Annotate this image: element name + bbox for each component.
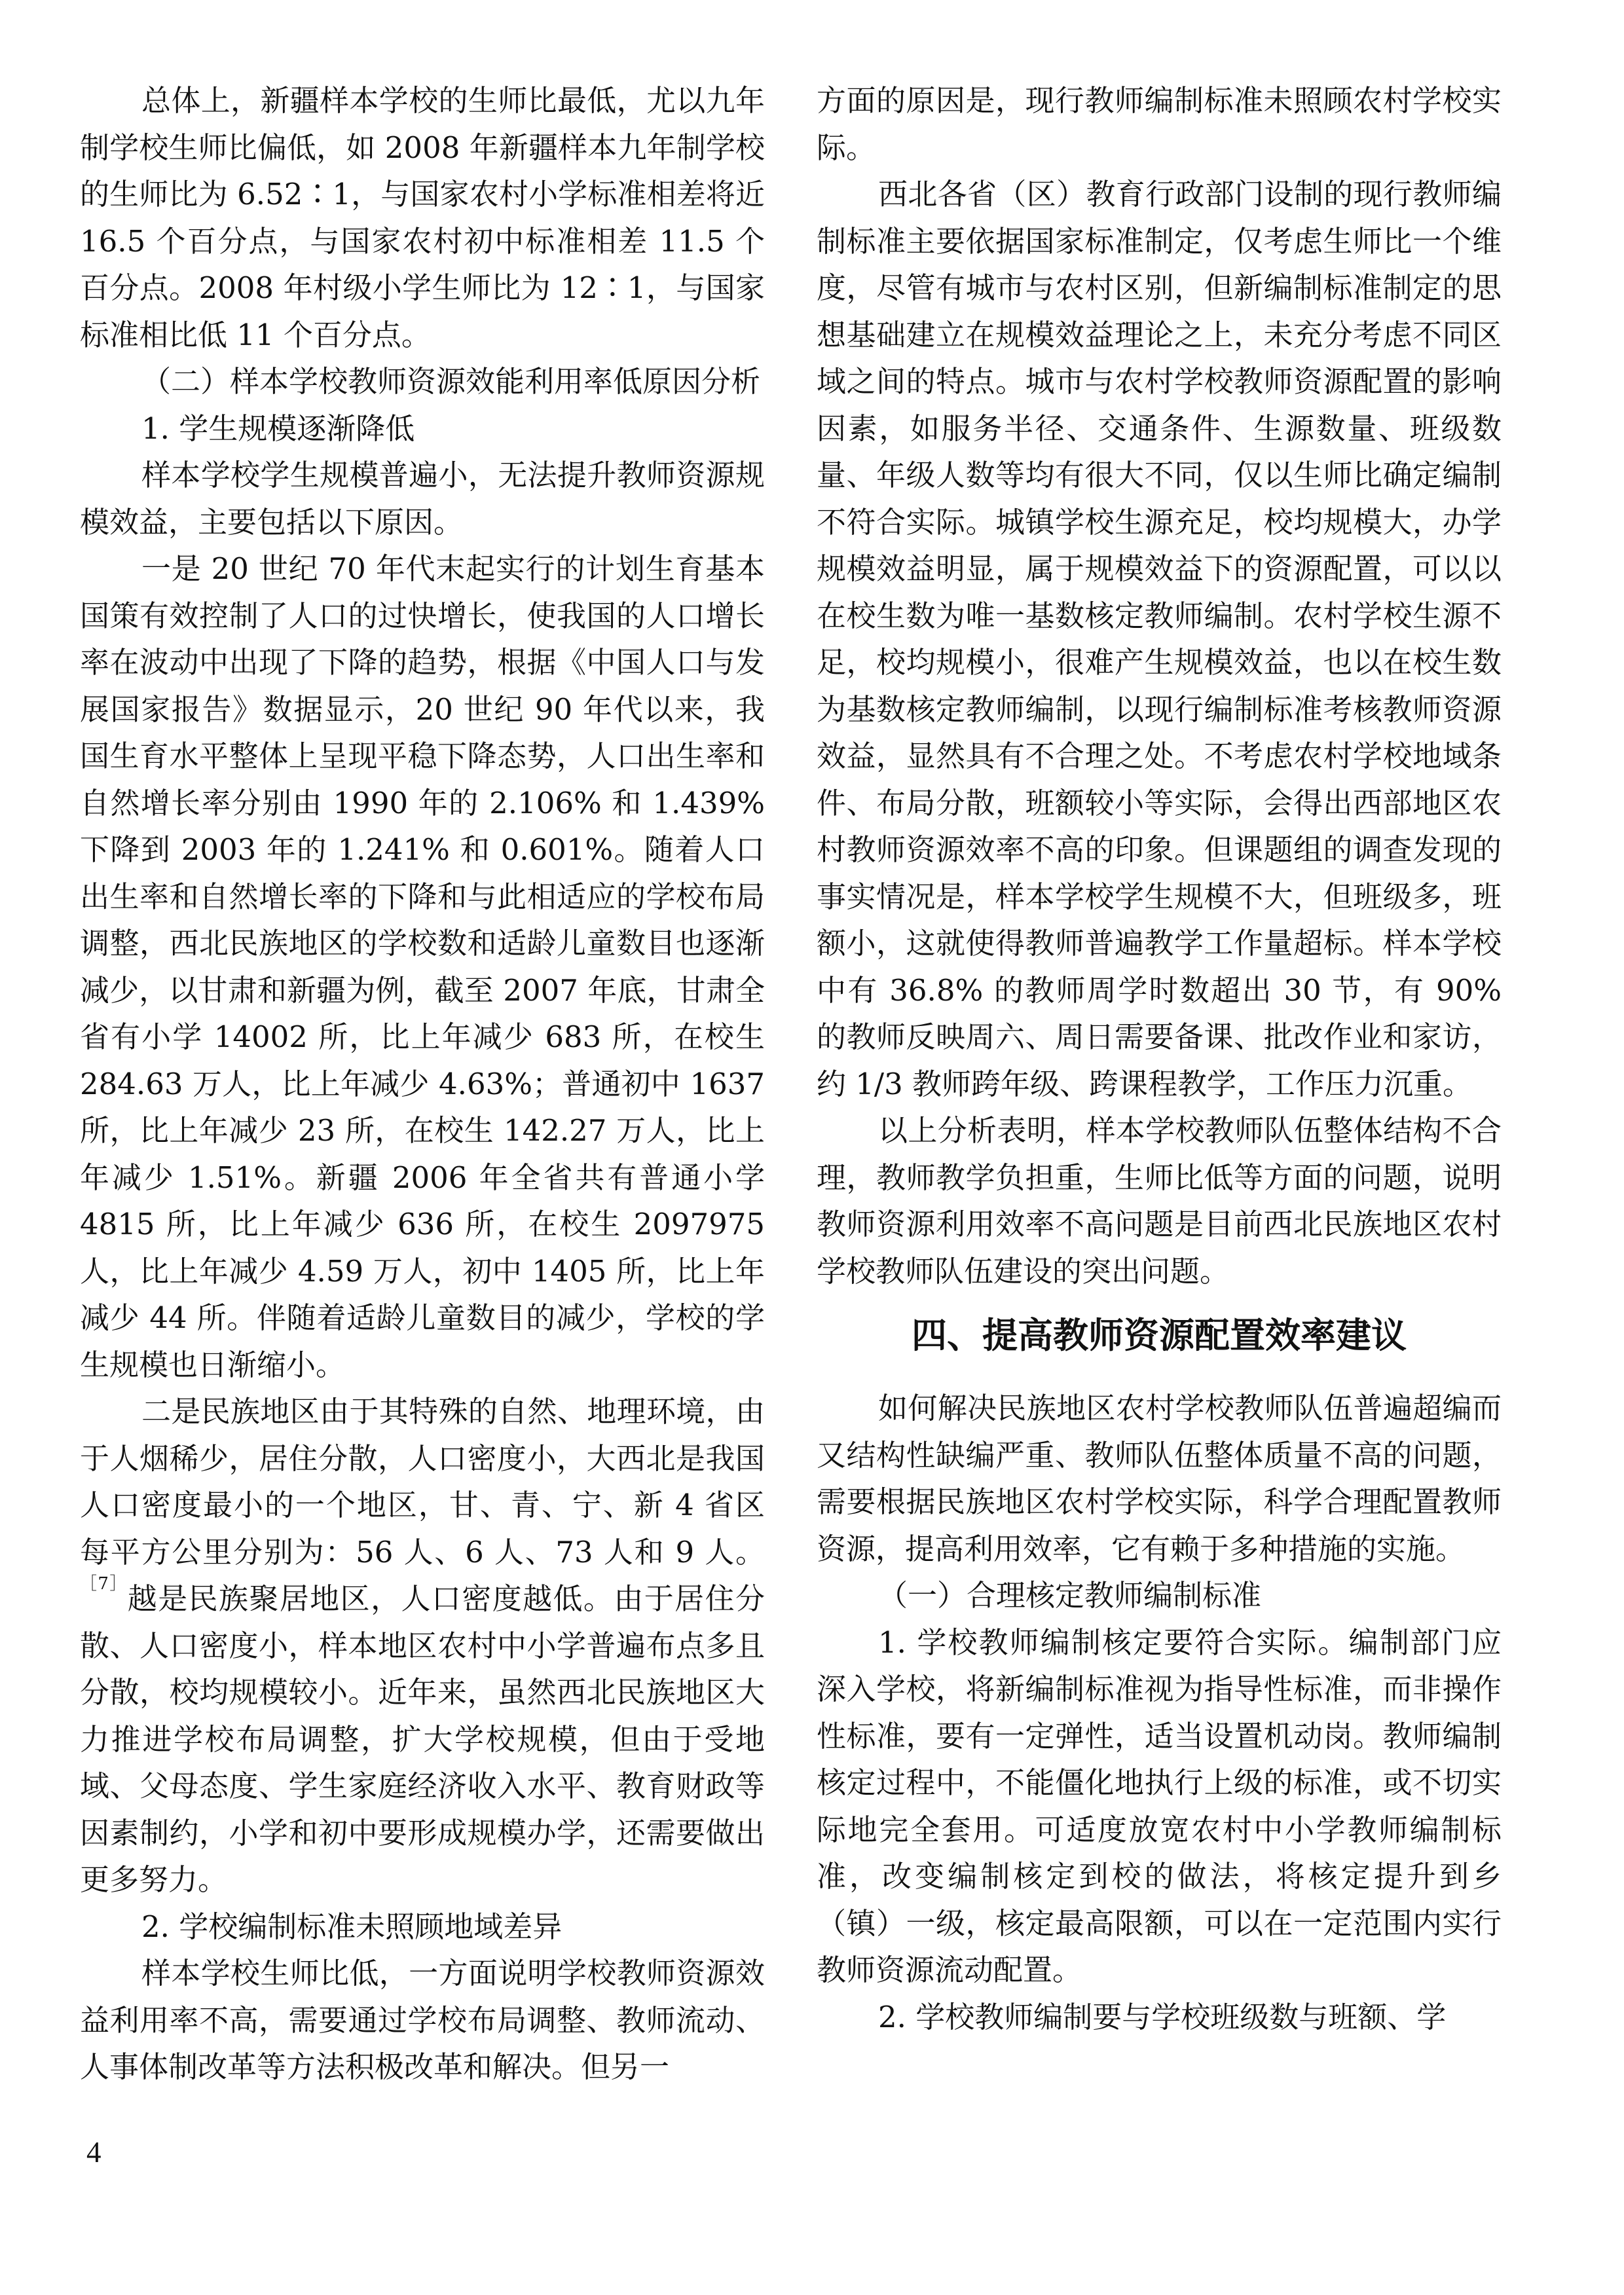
page-number: 4 [86,2136,101,2169]
subheading-staffing-norms: （一）合理核定教师编制标准 [817,1572,1502,1619]
paragraph-staffing-classes: 2. 学校教师编制要与学校班级数与班额、学 [817,1994,1502,2041]
right-column: 方面的原因是，现行教师编制标准未照顾农村学校实际。 西北各省（区）教育行政部门设… [817,77,1502,2040]
paragraph-recommendations-intro: 如何解决民族地区农村学校教师队伍普遍超编而又结构性缺编严重、教师队伍整体质量不高… [817,1385,1502,1572]
paragraph-xinjiang-ratio: 总体上，新疆样本学校的生师比最低，尤以九年制学校生师比偏低，如 2008 年新疆… [80,77,765,358]
subheading-staffing-standard: 2. 学校编制标准未照顾地域差异 [80,1903,765,1951]
left-column: 总体上，新疆样本学校的生师比最低，尤以九年制学校生师比偏低，如 2008 年新疆… [80,77,765,2091]
paragraph-text-after-ref: 越是民族聚居地区，人口密度越低。由于居住分散、人口密度小，样本地区农村中小学普遍… [80,1581,765,1897]
paragraph-staffing-practical: 1. 学校教师编制核定要符合实际。编制部门应深入学校，将新编制标准视为指导性标准… [817,1619,1502,1994]
paragraph-population-density: 二是民族地区由于其特殊的自然、地理环境，由于人烟稀少，居住分散，人口密度小，大西… [80,1388,765,1903]
paragraph-population-policy: 一是 20 世纪 70 年代末起实行的计划生育基本国策有效控制了人口的过快增长，… [80,545,765,1388]
paragraph-ratio-low: 样本学校生师比低，一方面说明学校教师资源效益利用率不高，需要通过学校布局调整、教… [80,1950,765,2091]
subheading-student-scale: 1. 学生规模逐渐降低 [80,405,765,452]
section-title-recommendations: 四、提高教师资源配置效率建议 [817,1309,1502,1361]
paragraph-analysis-summary: 以上分析表明，样本学校教师队伍整体结构不合理，教师教学负担重，生师比低等方面的问… [817,1107,1502,1294]
paragraph-continuation: 方面的原因是，现行教师编制标准未照顾农村学校实际。 [817,77,1502,171]
paragraph-northwest-standards: 西北各省（区）教育行政部门设制的现行教师编制标准主要依据国家标准制定，仅考虑生师… [817,171,1502,1107]
paragraph-text-before-ref: 二是民族地区由于其特殊的自然、地理环境，由于人烟稀少，居住分散，人口密度小，大西… [80,1394,765,1570]
subheading-causes: （二）样本学校教师资源效能利用率低原因分析 [80,358,765,405]
citation-ref-7: ［7］ [80,1574,128,1594]
paragraph-scale-intro: 样本学校学生规模普遍小，无法提升教师资源规模效益，主要包括以下原因。 [80,452,765,545]
